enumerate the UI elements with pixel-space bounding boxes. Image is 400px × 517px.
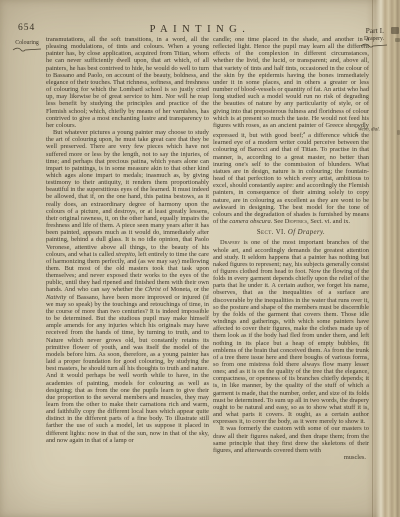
book-page: 654 PAINTING. Part I. Colouring Drapery.… xyxy=(0,0,400,517)
flourish-ornament xyxy=(12,47,42,53)
left-column: transmutations, all the soft transitions… xyxy=(46,36,209,444)
part-label: Part I. xyxy=(366,26,384,35)
page-edge-line xyxy=(372,0,373,517)
paragraph-colouring-continued: transmutations, all the soft transitions… xyxy=(46,36,209,129)
paragraph-drapery: Drapery is one of the most important bra… xyxy=(213,239,369,425)
paragraph-colouring-end: candle; one time placed in the shade, an… xyxy=(213,36,369,225)
right-column: candle; one time placed in the shade, an… xyxy=(213,36,369,461)
section-heading: Sect. VI. Of Drapery. xyxy=(213,229,369,236)
margin-note-label: Colouring xyxy=(15,40,39,46)
paragraph-last-word: muscles. xyxy=(213,454,369,461)
paragraph-drapery-custom: It was formerly the custom with some of … xyxy=(213,425,369,454)
margin-note-colouring: Colouring xyxy=(9,40,45,53)
edge-smudge xyxy=(395,38,400,42)
paragraph-colouring: But whatever pictures a young painter ma… xyxy=(46,129,209,444)
page-title: PAINTING. xyxy=(0,24,400,35)
